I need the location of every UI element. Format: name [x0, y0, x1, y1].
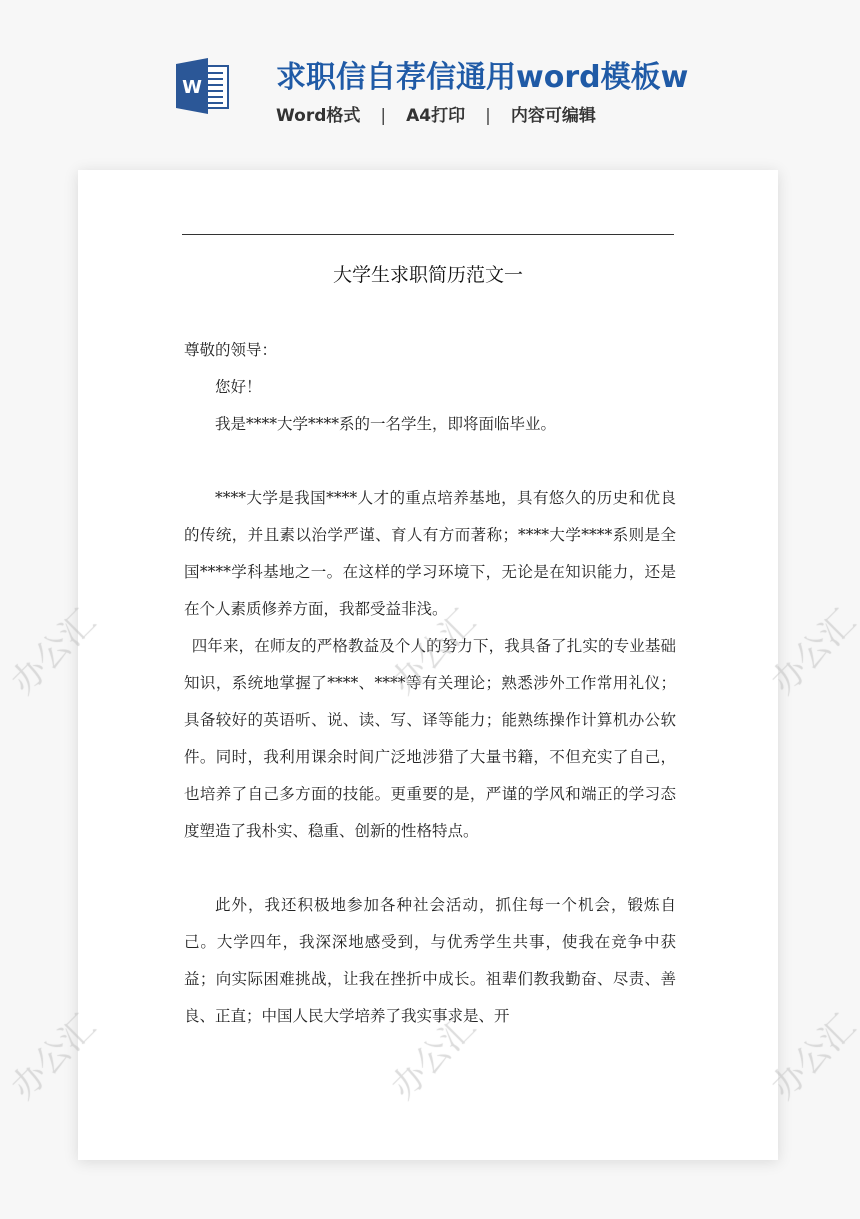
greeting: 您好！	[184, 369, 676, 406]
paragraph: 此外，我还积极地参加各种社会活动，抓住每一个机会，锻炼自己。大学四年，我深深地感…	[184, 887, 676, 1035]
salutation: 尊敬的领导：	[184, 332, 676, 369]
tag-word-format: Word格式	[276, 106, 360, 126]
paragraph: 四年来，在师友的严格教益及个人的努力下，我具备了扎实的专业基础知识，系统地掌握了…	[184, 628, 676, 850]
paragraph: 我是****大学****系的一名学生，即将面临毕业。	[184, 406, 676, 443]
tag-a4-print: A4打印	[406, 106, 465, 126]
document-title: 大学生求职简历范文一	[78, 260, 778, 287]
tag-editable: 内容可编辑	[511, 106, 596, 126]
page-title: 求职信自荐信通用word模板w	[276, 52, 688, 96]
document-page: 大学生求职简历范文一 尊敬的领导： 您好！ 我是****大学****系的一名学生…	[78, 170, 778, 1160]
separator: |	[380, 106, 386, 126]
separator: |	[485, 106, 491, 126]
word-document-icon: W	[176, 58, 230, 114]
format-tags: Word格式|A4打印|内容可编辑	[276, 101, 596, 126]
header-rule	[182, 234, 674, 235]
paragraph: ****大学是我国****人才的重点培养基地，具有悠久的历史和优良的传统，并且素…	[184, 480, 676, 628]
svg-text:W: W	[182, 77, 202, 98]
document-body: 尊敬的领导： 您好！ 我是****大学****系的一名学生，即将面临毕业。 **…	[184, 332, 676, 1035]
header: W 求职信自荐信通用word模板w Word格式|A4打印|内容可编辑	[0, 0, 860, 160]
